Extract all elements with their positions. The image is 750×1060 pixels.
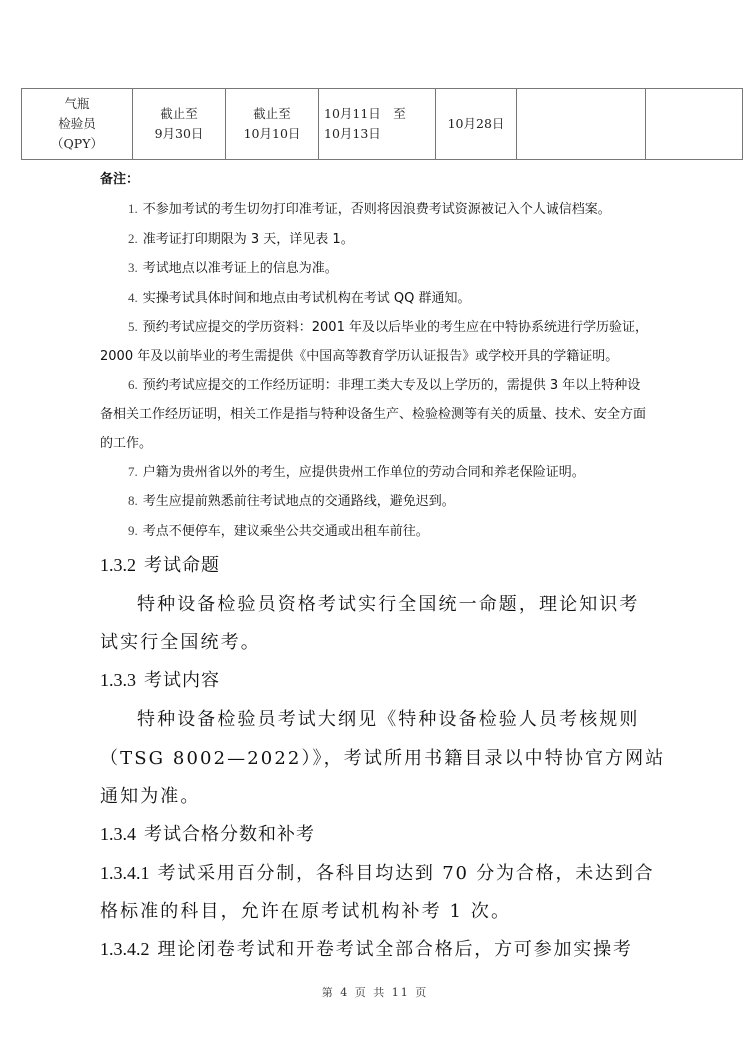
note-item: 2.准考证打印期限为 3 天，详见表 1。 bbox=[128, 228, 354, 247]
note-item: 6.预约考试应提交的工作经历证明：非理工类大专及以上学历的，需提供 3 年以上特… bbox=[128, 374, 640, 393]
booking-deadline-cell: 截止至 9月30日 bbox=[133, 89, 226, 160]
paragraph: 通知为准。 bbox=[100, 782, 201, 808]
note-item: 8.考生应提前熟悉前往考试地点的交通路线，避免迟到。 bbox=[128, 490, 455, 509]
empty-cell bbox=[517, 89, 646, 160]
paragraph: 格标准的科目，允许在原考试机构补考 1 次。 bbox=[100, 897, 511, 923]
exam-schedule-table: 气瓶 检验员 （QPY） 截止至 9月30日 截止至 10月10日 10月11日… bbox=[21, 88, 743, 160]
note-item-continued: 备相关工作经历证明，相关工作是指与特种设备生产、检验检测等有关的质量、技术、安全… bbox=[100, 403, 646, 422]
note-item-continued: 2000 年及以前毕业的考生需提供《中国高等教育学历认证报告》或学校开具的学籍证… bbox=[100, 345, 618, 364]
review-deadline-cell: 截止至 10月10日 bbox=[226, 89, 319, 160]
paragraph: 特种设备检验员资格考试实行全国统一命题，理论知识考 bbox=[137, 590, 640, 616]
note-item: 7.户籍为贵州省以外的考生，应提供贵州工作单位的劳动合同和养老保险证明。 bbox=[128, 461, 585, 480]
note-item: 5.预约考试应提交的学历资料：2001 年及以后毕业的考生应在中特协系统进行学历… bbox=[128, 316, 648, 335]
section-heading-1-3-4: 1.3.4考试合格分数和补考 bbox=[100, 820, 315, 846]
note-item: 4.实操考试具体时间和地点由考试机构在考试 QQ 群通知。 bbox=[128, 287, 470, 306]
print-period-cell: 10月11日 至 10月13日 bbox=[319, 89, 436, 160]
note-item: 3.考试地点以准考证上的信息为准。 bbox=[128, 257, 338, 276]
section-heading-1-3-3: 1.3.3考试内容 bbox=[100, 666, 220, 692]
page-number-footer: 第 4 页 共 11 页 bbox=[0, 984, 750, 1000]
clause-1-3-4-2: 1.3.4.2理论闭卷考试和开卷考试全部合格后，方可参加实操考 bbox=[100, 935, 633, 961]
section-heading-1-3-2: 1.3.2考试命题 bbox=[100, 551, 220, 577]
category-cell: 气瓶 检验员 （QPY） bbox=[22, 89, 133, 160]
paragraph: 特种设备检验员考试大纲见《特种设备检验人员考核规则 bbox=[137, 705, 640, 731]
note-item: 9.考点不便停车，建议乘坐公共交通或出租车前往。 bbox=[128, 520, 429, 539]
exam-date-cell: 10月28日 bbox=[436, 89, 517, 160]
paragraph: 试实行全国统考。 bbox=[100, 628, 261, 654]
document-page: 气瓶 检验员 （QPY） 截止至 9月30日 截止至 10月10日 10月11日… bbox=[0, 0, 750, 1060]
clause-1-3-4-1: 1.3.4.1考试采用百分制，各科目均达到 70 分为合格，未达到合 bbox=[100, 859, 654, 885]
note-item-continued: 的工作。 bbox=[100, 432, 152, 451]
empty-cell bbox=[646, 89, 743, 160]
note-item: 1.不参加考试的考生切勿打印准考证，否则将因浪费考试资源被记入个人诚信档案。 bbox=[128, 198, 611, 217]
paragraph: （TSG 8002—2022）》，考试所用书籍目录以中特协官方网站 bbox=[100, 744, 665, 770]
table-row: 气瓶 检验员 （QPY） 截止至 9月30日 截止至 10月10日 10月11日… bbox=[22, 89, 743, 160]
notes-title: 备注： bbox=[100, 168, 139, 187]
